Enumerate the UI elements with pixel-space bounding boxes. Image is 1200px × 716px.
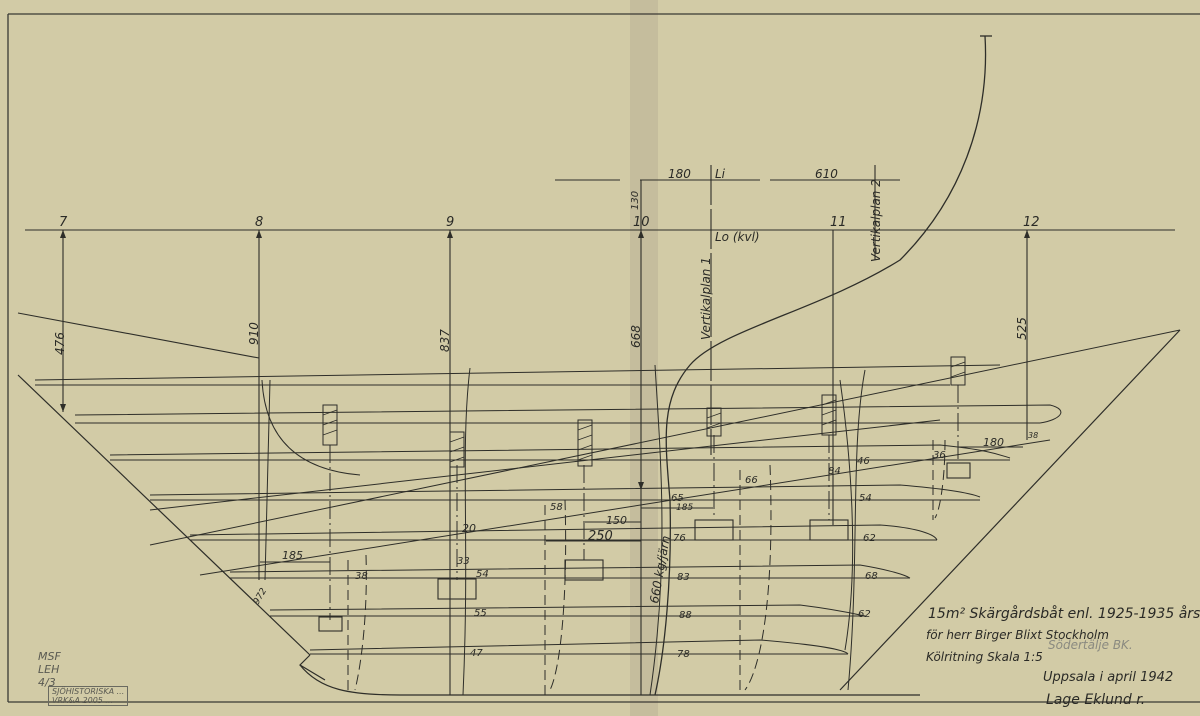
dim-130: 130 <box>630 191 641 210</box>
dim-185-mid: 185 <box>676 503 693 513</box>
section-78: 78 <box>677 649 690 660</box>
section-33: 33 <box>457 556 470 567</box>
depth-10: 668 <box>629 325 643 348</box>
place-date: Uppsala i april 1942 <box>1043 670 1173 685</box>
station-label-11: 11 <box>830 215 847 230</box>
section-38-left: 38 <box>355 571 368 582</box>
station-label-7: 7 <box>59 215 68 230</box>
section-88: 88 <box>679 610 692 621</box>
section-47: 47 <box>470 648 483 659</box>
drawing-title: 15m² Skärgårdsbåt enl. 1925-1935 års reg… <box>928 606 1200 622</box>
depth-7: 476 <box>53 332 67 355</box>
section-58: 58 <box>550 502 563 513</box>
station-label-10: 10 <box>633 215 650 230</box>
dim-610: 610 <box>815 167 838 181</box>
reference-lines <box>18 165 1175 455</box>
section-54-right: 54 <box>859 493 872 504</box>
section-46: 46 <box>857 456 870 467</box>
archive-stamp-number: VRK&A 2005 ... <box>52 696 124 705</box>
station-label-12: 12 <box>1023 215 1040 230</box>
section-68: 68 <box>865 571 878 582</box>
section-66: 66 <box>745 475 758 486</box>
section-76: 76 <box>673 533 686 544</box>
keel-drawing-sheet: 7 8 9 10 11 12 476 910 837 668 525 Lo (k… <box>0 0 1200 716</box>
vertical-plane-2-label: Vertikalplan 2 <box>869 179 883 262</box>
dim-185-left: 185 <box>282 549 303 562</box>
dim-180-right: 180 <box>983 436 1004 449</box>
dim-972: 972 <box>252 586 269 606</box>
pencil-annotation: Södertälje BK. <box>1048 638 1133 652</box>
dim-250: 250 <box>588 529 613 544</box>
archive-mark-2: LEH <box>38 663 61 676</box>
archive-stamp: SJÖHISTORISKA ... VRK&A 2005 ... <box>48 686 128 706</box>
archive-stamp-header: SJÖHISTORISKA ... <box>52 687 124 696</box>
lo-label: Lo (kvl) <box>715 230 760 244</box>
li-label: Li <box>715 167 726 181</box>
station-labels: 7 8 9 10 11 12 <box>59 215 1040 230</box>
signature: Lage Eklund r. <box>1046 692 1145 708</box>
section-83: 83 <box>677 572 690 583</box>
section-62-b: 62 <box>858 609 871 620</box>
subject-line: Kölritning Skala 1:5 <box>926 650 1043 664</box>
vertical-plane-1-label: Vertikalplan 1 <box>699 257 713 340</box>
section-65: 65 <box>671 493 684 504</box>
reference-labels: Lo (kvl) Li Vertikalplan 1 Vertikalplan … <box>630 167 883 340</box>
sheet-border <box>8 14 1200 702</box>
archive-marks: MSF LEH 4/3 SJÖHISTORISKA ... VRK&A 2005… <box>38 650 61 689</box>
archive-mark-1: MSF <box>38 650 61 663</box>
section-36: 36 <box>933 450 946 461</box>
depth-9: 837 <box>438 329 452 352</box>
station-depth-labels: 476 910 837 668 525 <box>53 317 1029 355</box>
depth-8: 910 <box>247 322 261 345</box>
section-55: 55 <box>474 608 487 619</box>
station-label-9: 9 <box>446 215 454 230</box>
section-62-a: 62 <box>863 533 876 544</box>
dim-20: 20 <box>462 522 476 535</box>
depth-12: 525 <box>1015 317 1029 340</box>
section-38-right: 38 <box>1028 431 1038 440</box>
dim-180-top: 180 <box>668 167 691 181</box>
dim-150: 150 <box>606 514 627 527</box>
section-54-left: 54 <box>476 569 489 580</box>
station-label-8: 8 <box>255 215 263 230</box>
section-84: 84 <box>828 466 841 477</box>
